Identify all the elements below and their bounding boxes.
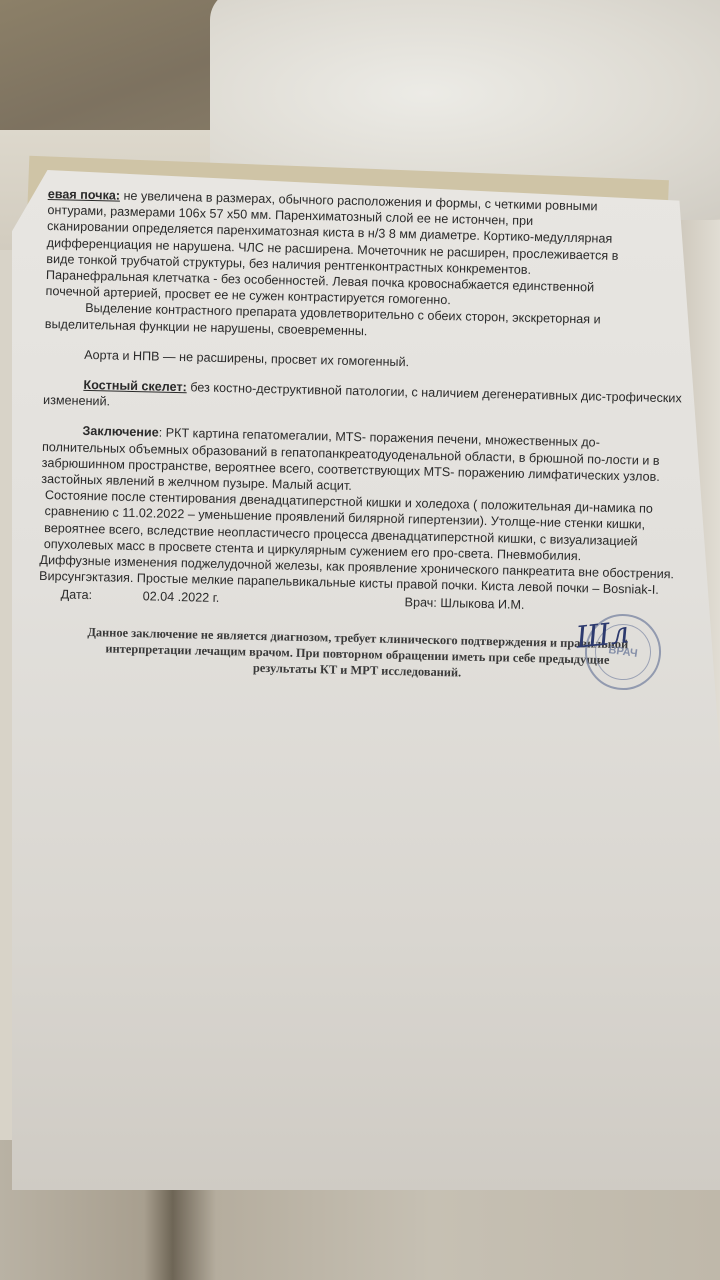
date-label: Дата: bbox=[39, 586, 143, 605]
handwritten-signature: Шл bbox=[574, 615, 631, 655]
date-value: 02.04 .2022 г. bbox=[143, 589, 405, 611]
document-text: евая почка: не увеличена в размерах, обы… bbox=[37, 186, 688, 685]
skeleton-heading: Костный скелет: bbox=[83, 378, 187, 394]
conclusion-heading: Заключение bbox=[82, 424, 159, 440]
left-kidney-heading: евая почка: bbox=[48, 187, 121, 203]
doctor-name: Врач: Шлыкова И.М. bbox=[404, 595, 524, 614]
background-wall bbox=[0, 0, 240, 140]
left-kidney-section: евая почка: не увеличена в размерах, обы… bbox=[45, 186, 687, 314]
